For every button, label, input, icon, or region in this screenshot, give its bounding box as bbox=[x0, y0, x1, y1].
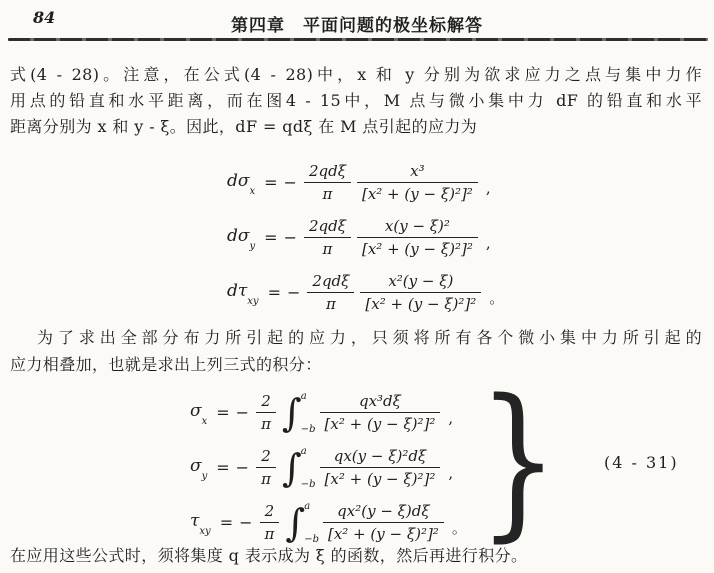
equation-d-tau-xy: dτxy = − 2qdξ π x²(y − ξ) [x² + (y − ξ)²… bbox=[227, 265, 504, 320]
coefficient-fraction: 2 π bbox=[256, 392, 276, 433]
integral-lower-limit: −b bbox=[301, 424, 316, 435]
integral-sign: ∫ a −b bbox=[282, 445, 316, 491]
equation-sigma-y-integral: σy = − 2 π ∫ a −b qx(y − ξ)²dξ [x² + (y … bbox=[190, 440, 453, 495]
equation-lhs: σy bbox=[190, 456, 207, 478]
equation-lhs: dσy bbox=[227, 226, 255, 248]
coefficient-fraction: 2 π bbox=[260, 502, 280, 543]
equals-sign: = bbox=[264, 228, 277, 247]
body-text-line: 距离分别为 x 和 y - ξ。因此，dF = qdξ 在 M 点引起的应力为 bbox=[10, 114, 702, 140]
body-text-line: 为了求出全部分布力所引起的应力，只须将所有各个微小集中力所引起的 bbox=[10, 325, 702, 351]
minus-sign: − bbox=[284, 228, 297, 247]
equation-tau-xy-integral: τxy = − 2 π ∫ a −b qx²(y − ξ)dξ [x² + (y… bbox=[190, 495, 467, 550]
equation-lhs: dσx bbox=[227, 171, 255, 193]
equals-sign: = bbox=[220, 513, 233, 532]
body-text-line: 用点的铅直和水平距离，而在图4 - 15中，M 点与微小集中力 dF 的铅直和水… bbox=[10, 88, 702, 114]
textbook-page: 84 第四章 平面问题的极坐标解答 式(4 - 28)。注意，在公式(4 - 2… bbox=[0, 0, 714, 573]
equation-lhs: dτxy bbox=[227, 281, 259, 303]
coefficient-fraction: 2qdξ π bbox=[304, 162, 351, 203]
coefficient-fraction: 2qdξ π bbox=[304, 217, 351, 258]
minus-sign: − bbox=[239, 513, 252, 532]
integrand-fraction: qx²(y − ξ)dξ [x² + (y − ξ)²]² bbox=[323, 502, 444, 543]
coefficient-fraction: 2qdξ π bbox=[307, 272, 354, 313]
punctuation: , bbox=[448, 399, 453, 427]
integral-sign: ∫ a −b bbox=[282, 390, 316, 436]
body-text-line: 应力相叠加，也就是求出上列三式的积分： bbox=[10, 352, 702, 378]
equals-sign: = bbox=[264, 173, 277, 192]
integrand-fraction: qx³dξ [x² + (y − ξ)²]² bbox=[320, 392, 441, 433]
equation-number: (4 - 31) bbox=[604, 453, 679, 472]
chapter-title: 第四章 平面问题的极坐标解答 bbox=[0, 11, 714, 36]
equation-sigma-x-integral: σx = − 2 π ∫ a −b qx³dξ [x² + (y − ξ)²]²… bbox=[190, 385, 453, 440]
punctuation: , bbox=[486, 224, 491, 252]
integral-upper-limit: a bbox=[301, 446, 316, 457]
minus-sign: − bbox=[287, 283, 300, 302]
equals-sign: = bbox=[216, 403, 229, 422]
minus-sign: − bbox=[284, 173, 297, 192]
integrand-fraction: qx(y − ξ)²dξ [x² + (y − ξ)²]² bbox=[320, 447, 441, 488]
equals-sign: = bbox=[216, 458, 229, 477]
equation-lhs: σx bbox=[190, 401, 207, 423]
equation-d-sigma-y: dσy = − 2qdξ π x(y − ξ)² [x² + (y − ξ)²]… bbox=[227, 210, 491, 265]
integral-lower-limit: −b bbox=[301, 479, 316, 490]
body-text-line: 在应用这些公式时，须将集度 q 表示成为 ξ 的函数，然后再进行积分。 bbox=[10, 543, 702, 569]
integral-sign: ∫ a −b bbox=[285, 500, 319, 546]
punctuation: , bbox=[448, 454, 453, 482]
integral-upper-limit: a bbox=[304, 501, 319, 512]
grouping-brace: } bbox=[478, 382, 558, 548]
punctuation: 。 bbox=[489, 277, 504, 308]
stress-fraction: x²(y − ξ) [x² + (y − ξ)²]² bbox=[360, 272, 481, 313]
equation-d-sigma-x: dσx = − 2qdξ π x³ [x² + (y − ξ)²]² , bbox=[227, 155, 491, 210]
stress-fraction: x³ [x² + (y − ξ)²]² bbox=[357, 162, 478, 203]
coefficient-fraction: 2 π bbox=[256, 447, 276, 488]
minus-sign: − bbox=[236, 403, 249, 422]
stress-fraction: x(y − ξ)² [x² + (y − ξ)²]² bbox=[357, 217, 478, 258]
integral-equation-group: σx = − 2 π ∫ a −b qx³dξ [x² + (y − ξ)²]²… bbox=[0, 380, 714, 550]
punctuation: , bbox=[486, 169, 491, 197]
body-text-line: 式(4 - 28)。注意，在公式(4 - 28)中，x 和 y 分别为欲求应力之… bbox=[10, 62, 702, 88]
integral-upper-limit: a bbox=[301, 391, 316, 402]
minus-sign: − bbox=[236, 458, 249, 477]
punctuation: 。 bbox=[452, 507, 467, 538]
equation-lhs: τxy bbox=[190, 511, 211, 533]
equals-sign: = bbox=[268, 283, 281, 302]
header-rule bbox=[8, 38, 708, 41]
